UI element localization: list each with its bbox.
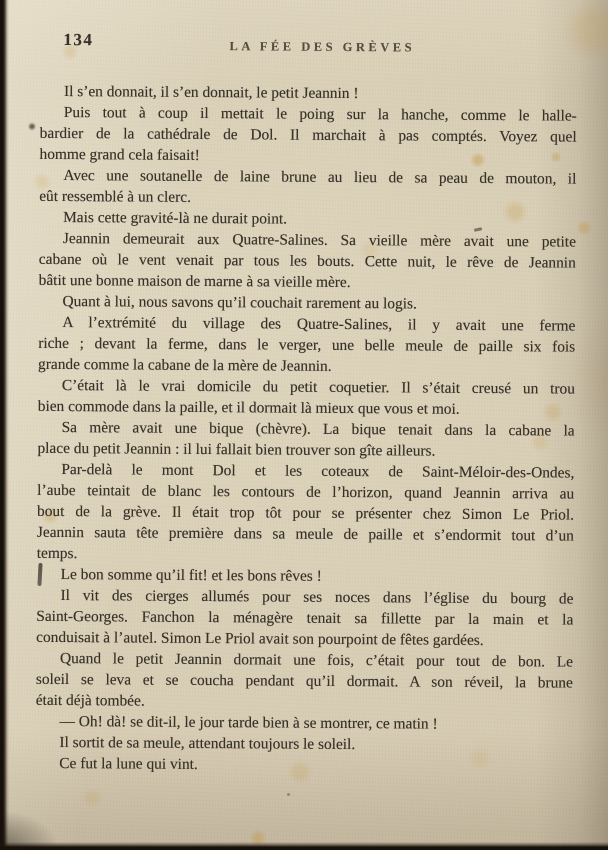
- paragraph: Avec une soutanelle de laine brune au li…: [39, 165, 576, 211]
- printed-page: 134 LA FÉE DES GRÈVES Il s’en donnait, i…: [0, 0, 608, 850]
- page-body: Il s’en donnait, il s’en donnait, le pet…: [35, 81, 577, 778]
- paragraph: A l’extrémité du village des Quatre-Sali…: [38, 312, 575, 379]
- paragraph: Sa mère avait une bique (chèvre). La biq…: [37, 417, 574, 463]
- paragraph: C’était là le vrai domicile du petit coq…: [38, 375, 575, 421]
- text-line: Ce fut la lune qui vint.: [35, 753, 572, 778]
- print-speck: [28, 122, 36, 131]
- book-photo: 134 LA FÉE DES GRÈVES Il s’en donnait, i…: [0, 0, 608, 850]
- running-title: LA FÉE DES GRÈVES: [36, 38, 608, 57]
- print-speck: [287, 793, 290, 796]
- text-line: Jeannin sauta tête première dans sa meul…: [37, 522, 574, 547]
- paragraph: Il vit des cierges allumés pour ses noce…: [36, 585, 573, 652]
- paragraph: Jeannin demeurait aux Quatre-Salines. Sa…: [39, 228, 576, 295]
- paragraph: Ce fut la lune qui vint.: [35, 753, 572, 778]
- paragraph: Quand le petit Jeannin dormait une fois,…: [36, 648, 573, 715]
- paragraph: Par-delà le mont Dol et les coteaux de S…: [37, 459, 575, 568]
- paragraph: Puis tout à coup il mettait le poing sur…: [39, 102, 576, 169]
